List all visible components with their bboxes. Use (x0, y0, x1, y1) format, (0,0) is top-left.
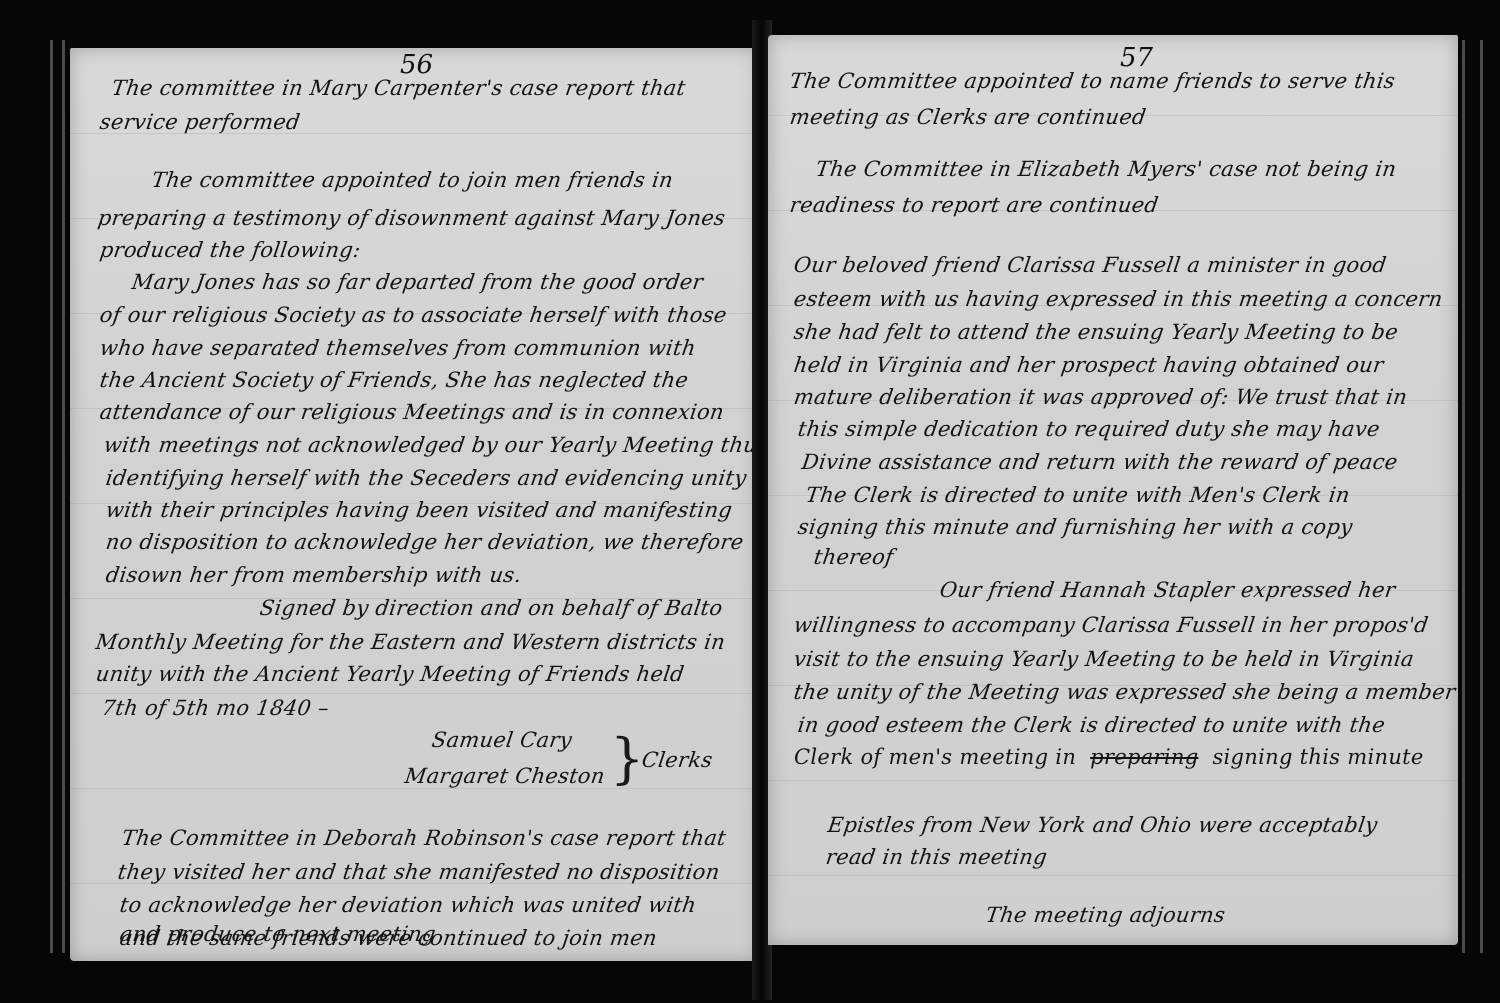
text-line: the Ancient Society of Friends, She has … (98, 368, 690, 392)
text-line: the unity of the Meeting was expressed s… (792, 680, 1457, 704)
text-line: preparing a testimony of disownment agai… (96, 206, 727, 230)
text-line: they visited her and that she manifested… (116, 860, 721, 884)
text-line: Mary Jones has so far departed from the … (130, 270, 704, 294)
text-line: Divine assistance and return with the re… (800, 450, 1399, 474)
text-line: no disposition to acknowledge her deviat… (104, 530, 745, 554)
text-line: identifying herself with the Seceders an… (104, 466, 748, 490)
text-line: Monthly Meeting for the Eastern and West… (94, 630, 727, 654)
binding-edge-left (50, 40, 53, 953)
text-line: The committee in Mary Carpenter's case r… (110, 76, 687, 100)
text-line: friends in preparing a testimony of diso… (118, 958, 643, 961)
brace-icon: } (610, 732, 644, 786)
text-line: The Committee in Elizabeth Myers' case n… (814, 157, 1398, 181)
text-line: The Committee in Deborah Robinson's case… (120, 826, 727, 850)
text-line: mature deliberation it was approved of: … (792, 385, 1409, 409)
text-line: The Committee appointed to name friends … (788, 69, 1396, 93)
text-line: signing this minute and furnishing her w… (796, 515, 1354, 539)
left-page: 56 The committee in Mary Carpenter's cas… (70, 48, 758, 961)
text-line: of our religious Society as to associate… (98, 303, 728, 327)
text-line: who have separated themselves from commu… (98, 336, 697, 360)
text-line: with their principles having been visite… (104, 498, 734, 522)
signature-name: Samuel Cary (430, 728, 573, 752)
signature-name: Margaret Cheston (403, 764, 606, 788)
binding-edge-right (1480, 40, 1483, 953)
text-line: in good esteem the Clerk is directed to … (796, 713, 1386, 737)
text-line: willingness to accompany Clarissa Fussel… (792, 613, 1430, 637)
text-fragment: signing this minute (1212, 745, 1423, 769)
text-line: Signed by direction and on behalf of Bal… (258, 596, 724, 620)
text-line: Our beloved friend Clarissa Fussell a mi… (792, 253, 1388, 277)
text-line: Epistles from New York and Ohio were acc… (826, 813, 1379, 837)
text-line: thereof (812, 545, 895, 569)
text-line: unity with the Ancient Yearly Meeting of… (94, 662, 685, 686)
text-line: produced the following: (98, 238, 362, 262)
text-line: esteem with us having expressed in this … (792, 287, 1444, 311)
text-line: 7th of 5th mo 1840 – (100, 696, 330, 720)
text-line: she had felt to attend the ensuing Yearl… (792, 320, 1399, 344)
ledger-scan: 56 The committee in Mary Carpenter's cas… (0, 0, 1500, 1003)
text-line: to acknowledge her deviation which was u… (118, 893, 698, 917)
text-line: read in this meeting (824, 845, 1048, 869)
signature-role: Clerks (640, 748, 714, 772)
text-fragment: Clerk of men's meeting in (794, 745, 1076, 769)
text-line: readiness to report are continued (788, 193, 1160, 217)
text-line: service performed (98, 110, 301, 134)
text-line: with meetings not acknowledged by our Ye… (102, 433, 758, 457)
binding-edge-right-inner (1462, 40, 1465, 953)
right-page: 57 The Committee appointed to name frien… (768, 35, 1458, 945)
binding-edge-left-inner (62, 40, 65, 953)
text-line: The committee appointed to join men frie… (150, 168, 674, 192)
text-line: attendance of our religious Meetings and… (98, 400, 725, 424)
text-line: The Clerk is directed to unite with Men'… (804, 483, 1351, 507)
text-line: this simple dedication to required duty … (796, 417, 1381, 441)
text-line: The meeting adjourns (984, 903, 1227, 927)
struck-word: preparing (1090, 745, 1198, 769)
text-line: meeting as Clerks are continued (788, 105, 1147, 129)
text-line: held in Virginia and her prospect having… (792, 353, 1385, 377)
text-line-with-strike: Clerk of men's meeting in preparing sign… (794, 745, 1424, 769)
text-line: visit to the ensuing Yearly Meeting to b… (792, 647, 1415, 671)
text-line: and produce to next meeting (118, 922, 437, 946)
text-line: Our friend Hannah Stapler expressed her (938, 578, 1397, 602)
text-line: disown her from membership with us. (104, 563, 523, 587)
